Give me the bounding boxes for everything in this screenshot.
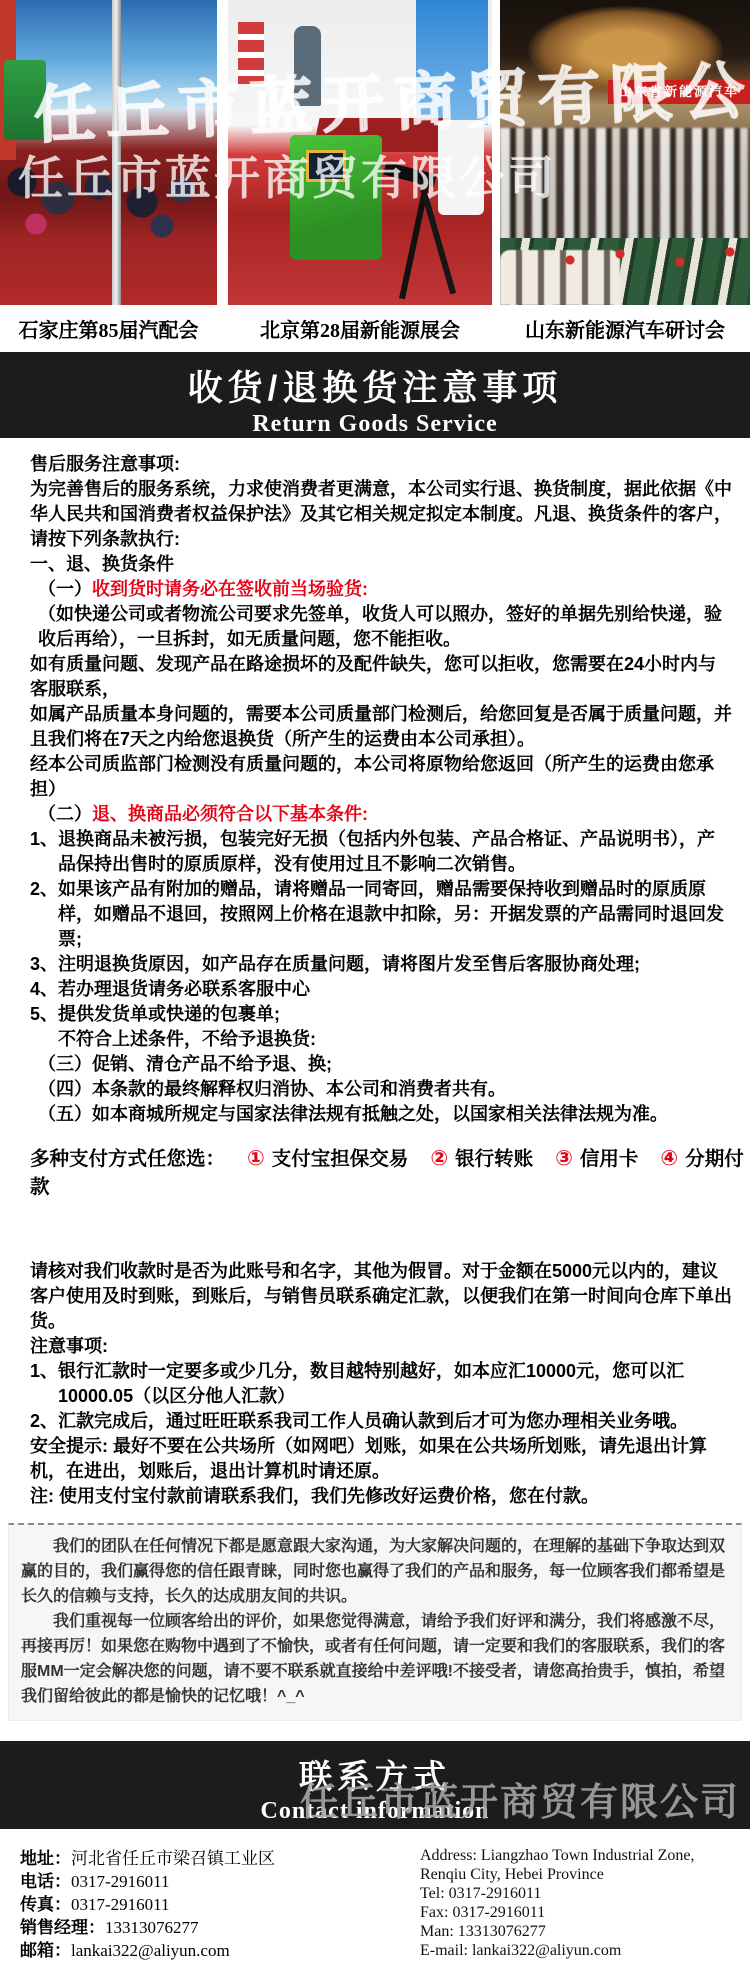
contact-info-section: 地址：河北省任丘市梁召镇工业区 电话：0317-2916011 传真：0317-… [0, 1829, 750, 1962]
photo-shijiazhuang-expo [0, 0, 217, 305]
photo-decoration [238, 22, 264, 84]
terms-item1-body: 经本公司质监部门检测没有质量问题的，本公司将原物给您返回（所产生的运费由您承担） [30, 752, 732, 802]
circled-number-icon: ④ [660, 1147, 678, 1170]
terms-item2-title: （二）退、换商品必须符合以下基本条件: [30, 802, 732, 827]
team-message-para: 我们的团队在任何情况下都是愿意跟大家沟通，为大家解决问题的，在理解的基础下争取达… [21, 1534, 729, 1609]
terms-heading: 售后服务注意事项: [30, 452, 732, 477]
condition-item: 1、退换商品未被污损，包装完好无损（包括内外包装、产品合格证、产品说明书），产品… [30, 827, 732, 877]
remittance-section: 请核对我们收款时是否为此账号和名字，其他为假冒。对于金额在5000元以内的，建议… [0, 1259, 750, 1509]
remittance-note: 1、银行汇款时一定要多或少几分，数目越特别越好，如本应汇10000元，您可以汇1… [30, 1359, 732, 1409]
terms-item1-body: 如有质量问题、发现产品在路途损坏的及配件缺失，您可以拒收，您需要在24小时内与客… [30, 652, 732, 702]
photo-captions: 石家庄第85届汽配会 北京第28届新能源展会 山东新能源汽车研讨会 [0, 305, 750, 352]
photo-decoration [500, 128, 750, 240]
photo-decoration [416, 0, 488, 125]
remittance-notes-heading: 注意事项: [30, 1334, 732, 1359]
contact-row: 地址：河北省任丘市梁召镇工业区 [20, 1847, 420, 1870]
contact-row-en: Renqiu City, Hebei Province [420, 1866, 740, 1885]
circled-number-icon: ① [247, 1147, 265, 1170]
team-message-box: 我们的团队在任何情况下都是愿意跟大家沟通，为大家解决问题的，在理解的基础下争取达… [8, 1523, 742, 1721]
photo-beijing-expo [228, 0, 492, 305]
payment-method: 银行转账 [455, 1148, 533, 1170]
contact-row: 电话：0317-2916011 [20, 1870, 420, 1893]
contact-info-cn: 地址：河北省任丘市梁召镇工业区 电话：0317-2916011 传真：0317-… [20, 1847, 420, 1962]
condition-item: 4、若办理退货请务必联系客服中心 [30, 977, 732, 1002]
contact-row: 传真：0317-2916011 [20, 1893, 420, 1916]
photo-caption: 北京第28届新能源展会 [228, 314, 492, 343]
payment-methods-row: 多种支付方式任您选：①支付宝担保交易②银行转账③信用卡④分期付款 [0, 1143, 750, 1199]
photo-decoration [294, 26, 321, 106]
remittance-para: 请核对我们收款时是否为此账号和名字，其他为假冒。对于金额在5000元以内的，建议… [30, 1259, 732, 1334]
condition-item: 3、注明退换货原因，如产品存在质量问题，请将图片发至售后客服协商处理; [30, 952, 732, 977]
contact-row-en: E-mail: lankai322@aliyun.com [420, 1942, 740, 1961]
contact-row-en: Tel: 0317-2916011 [420, 1885, 740, 1904]
conditions-note: 不符合上述条件，不给予退换货: [30, 1027, 732, 1052]
return-banner-title: 收货/退换货注意事项 [0, 352, 750, 411]
photo-decoration [306, 150, 346, 182]
terms-item1-highlight: 收到货时请务必在签收前当场验货: [92, 579, 368, 599]
condition-item: 5、提供发货单或快递的包裹单; [30, 1002, 732, 1027]
return-banner-subtitle: Return Goods Service [0, 411, 750, 438]
payment-method: 信用卡 [580, 1148, 639, 1170]
photo-decoration [558, 238, 750, 280]
service-terms-section: 售后服务注意事项: 为完善售后的服务系统，力求使消费者更满意，本公司实行退、换货… [0, 438, 750, 1127]
contact-row-en: Fax: 0317-2916011 [420, 1904, 740, 1923]
photo-shandong-seminar: 山东省新能源汽车 [500, 0, 750, 305]
terms-item4: （四）本条款的最终解释权归消协、本公司和消费者共有。 [30, 1077, 732, 1102]
payment-method: 支付宝担保交易 [272, 1148, 409, 1170]
circled-number-icon: ② [430, 1147, 448, 1170]
terms-item1-body: 如属产品质量本身问题的，需要本公司质量部门检测后，给您回复是否属于质量问题，并且… [30, 702, 732, 752]
photo-decoration [4, 60, 46, 140]
terms-item5: （五）如本商城所规定与国家法律法规有抵触之处，以国家相关法律法规为准。 [30, 1102, 732, 1127]
photo-decoration [112, 0, 121, 305]
photo-decoration [0, 150, 217, 245]
terms-item2-highlight: 退、换商品必须符合以下基本条件: [92, 804, 368, 824]
terms-item1-body: （如快递公司或者物流公司要求先签单，收货人可以照办，签好的单据先别给快递，验收后… [30, 602, 732, 652]
seminar-banner-text: 山东省新能源汽车 [608, 80, 750, 104]
photo-caption: 石家庄第85届汽配会 [0, 314, 217, 343]
terms-intro: 为完善售后的服务系统，力求使消费者更满意，本公司实行退、换货制度，据此依据《中华… [30, 477, 732, 552]
terms-item1-title: （一）收到货时请务必在签收前当场验货: [30, 577, 732, 602]
product-detail-page: 山东省新能源汽车 任丘市蓝开商贸有限公司 任丘市蓝开商贸有限公司 石家庄第85届… [0, 0, 750, 1962]
safety-note: 安全提示: 最好不要在公共场所（如网吧）划账，如果在公共场所划账，请先退出计算机… [30, 1434, 732, 1484]
contact-row: 销售经理：13313076277 [20, 1916, 420, 1939]
photo-caption: 山东新能源汽车研讨会 [500, 314, 750, 343]
condition-item: 2、如果该产品有附加的赠品，请将赠品一同寄回，赠品需要保持收到赠品时的原质原样，… [30, 877, 732, 952]
exhibition-photo-strip: 山东省新能源汽车 任丘市蓝开商贸有限公司 任丘市蓝开商贸有限公司 [0, 0, 750, 305]
remittance-note: 2、汇款完成后，通过旺旺联系我司工作人员确认款到后才可为您办理相关业务哦。 [30, 1409, 732, 1434]
team-message-para: 我们重视每一位顾客给出的评价，如果您觉得满意，请给予我们好评和满分，我们将感激不… [21, 1609, 729, 1709]
contact-row-en: Man: 13313076277 [420, 1923, 740, 1942]
photo-decoration [438, 120, 484, 215]
circled-number-icon: ③ [555, 1147, 573, 1170]
contact-row: 邮箱：lankai322@aliyun.com [20, 1939, 420, 1962]
terms-item3: （三）促销、清仓产品不给予退、换; [30, 1052, 732, 1077]
payment-label: 多种支付方式任您选： [30, 1148, 225, 1170]
alipay-note: 注: 使用支付宝付款前请联系我们，我们先修改好运费价格，您在付款。 [30, 1484, 732, 1509]
terms-section-title: 一、退、换货条件 [30, 552, 732, 577]
contact-banner: 联系方式 Contact information 任丘市蓝开商贸有限公司 [0, 1741, 750, 1829]
contact-info-en: Address: Liangzhao Town Industrial Zone,… [420, 1847, 740, 1962]
return-service-banner: 收货/退换货注意事项 Return Goods Service [0, 352, 750, 438]
company-watermark: 任丘市蓝开商贸有限公司 [300, 1771, 740, 1826]
contact-row-en: Address: Liangzhao Town Industrial Zone, [420, 1847, 740, 1866]
